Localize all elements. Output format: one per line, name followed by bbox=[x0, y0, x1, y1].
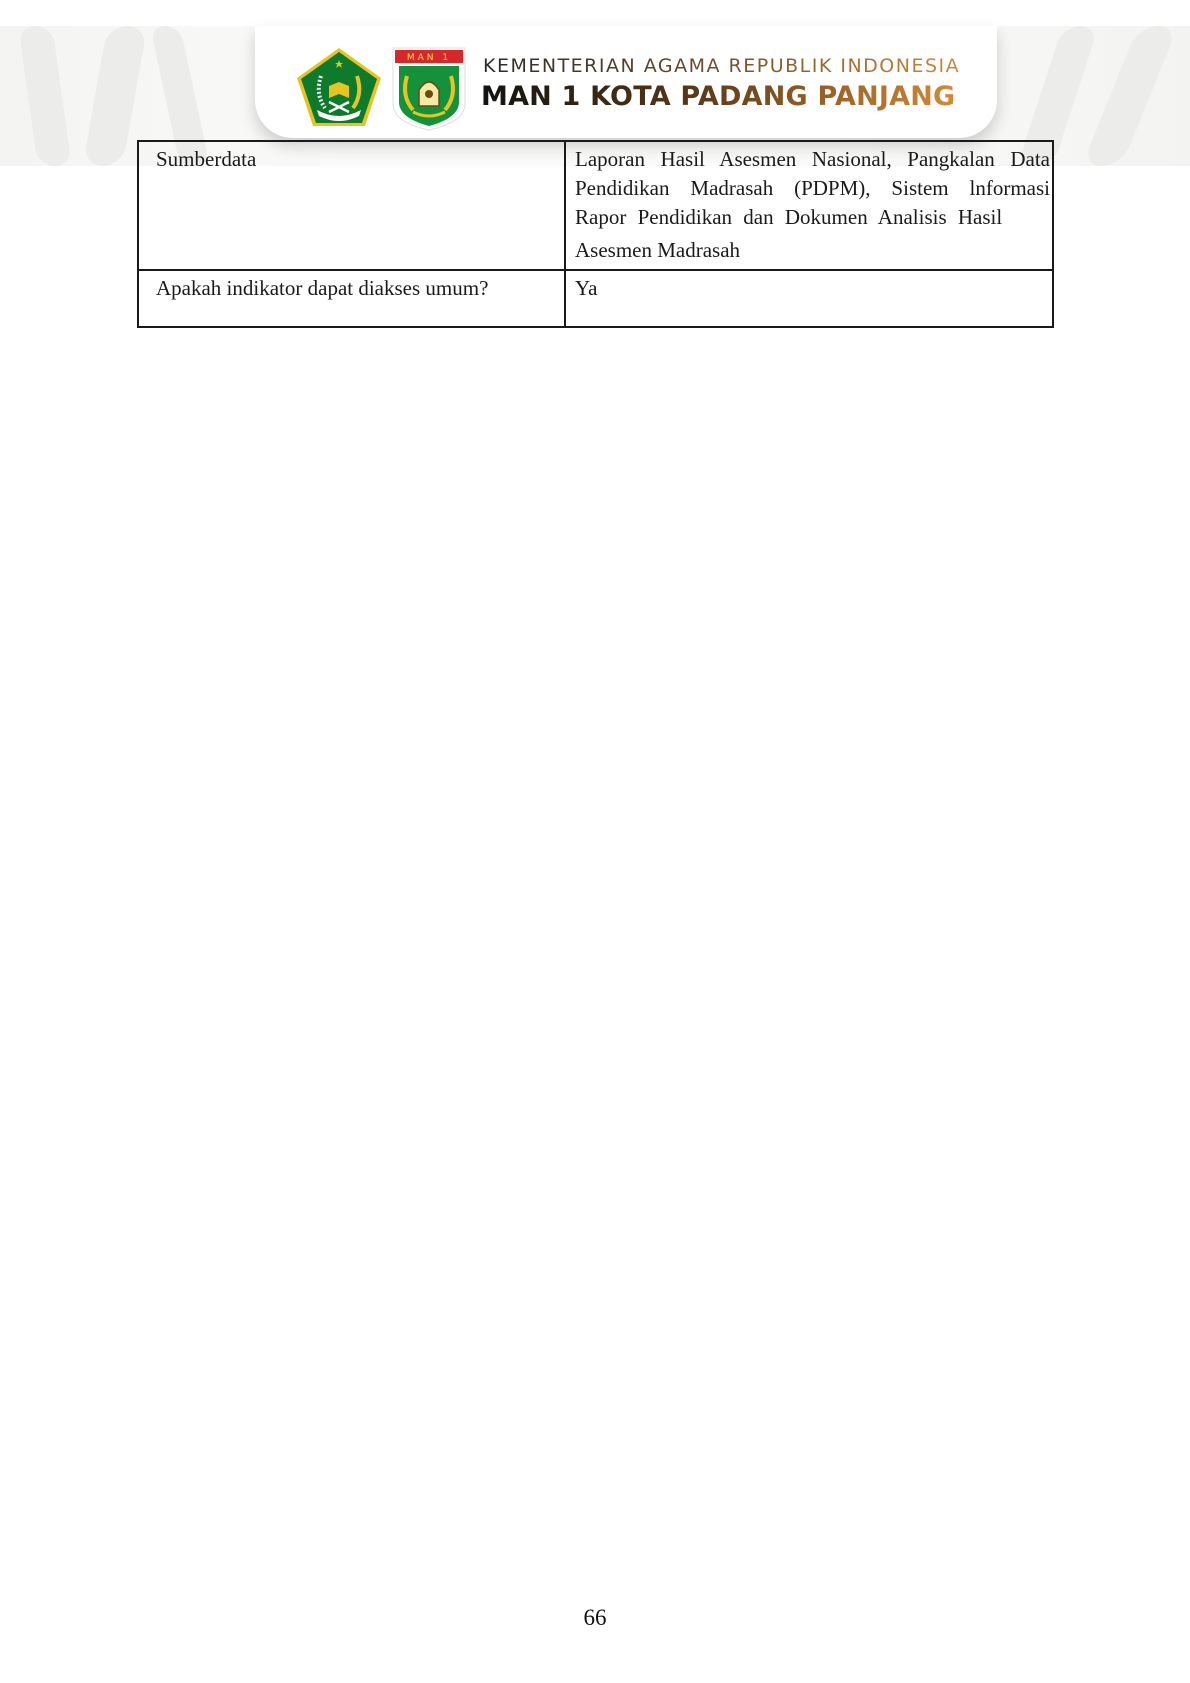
value-line: Laporan Hasil Asesmen Nasional, Pangkala… bbox=[575, 145, 1050, 174]
row-value: Ya bbox=[565, 270, 1053, 327]
decorative-stroke bbox=[1082, 26, 1179, 166]
value-line: Asesmen Madrasah bbox=[575, 236, 1050, 265]
page-number: 66 bbox=[0, 1605, 1190, 1631]
table-row: Sumberdata Laporan Hasil Asesmen Nasiona… bbox=[138, 141, 1053, 270]
indicator-table: Sumberdata Laporan Hasil Asesmen Nasiona… bbox=[137, 140, 1054, 328]
man-1-logo-icon: MAN 1 bbox=[391, 46, 467, 132]
school-title: MAN 1 KOTA PADANG PANJANG bbox=[481, 81, 955, 112]
decorative-stroke bbox=[18, 26, 72, 166]
row-label: Apakah indikator dapat diakses umum? bbox=[138, 270, 565, 327]
ministry-title: KEMENTERIAN AGAMA REPUBLIK INDONESIA bbox=[483, 55, 960, 77]
kementerian-agama-logo-icon bbox=[295, 46, 383, 128]
value-line: Pendidikan Madrasah (PDPM), Sistem lnfor… bbox=[575, 174, 1050, 203]
man-1-logo-label: MAN 1 bbox=[407, 53, 451, 63]
row-value: Laporan Hasil Asesmen Nasional, Pangkala… bbox=[565, 141, 1053, 270]
row-label: Sumberdata bbox=[138, 141, 565, 270]
header-banner: MAN 1 KEMENTERIAN AGAMA REPUBLIK INDONES… bbox=[255, 26, 997, 138]
value-line: Rapor Pendidikan dan Dokumen Analisis Ha… bbox=[575, 203, 1050, 232]
table-row: Apakah indikator dapat diakses umum? Ya bbox=[138, 270, 1053, 327]
